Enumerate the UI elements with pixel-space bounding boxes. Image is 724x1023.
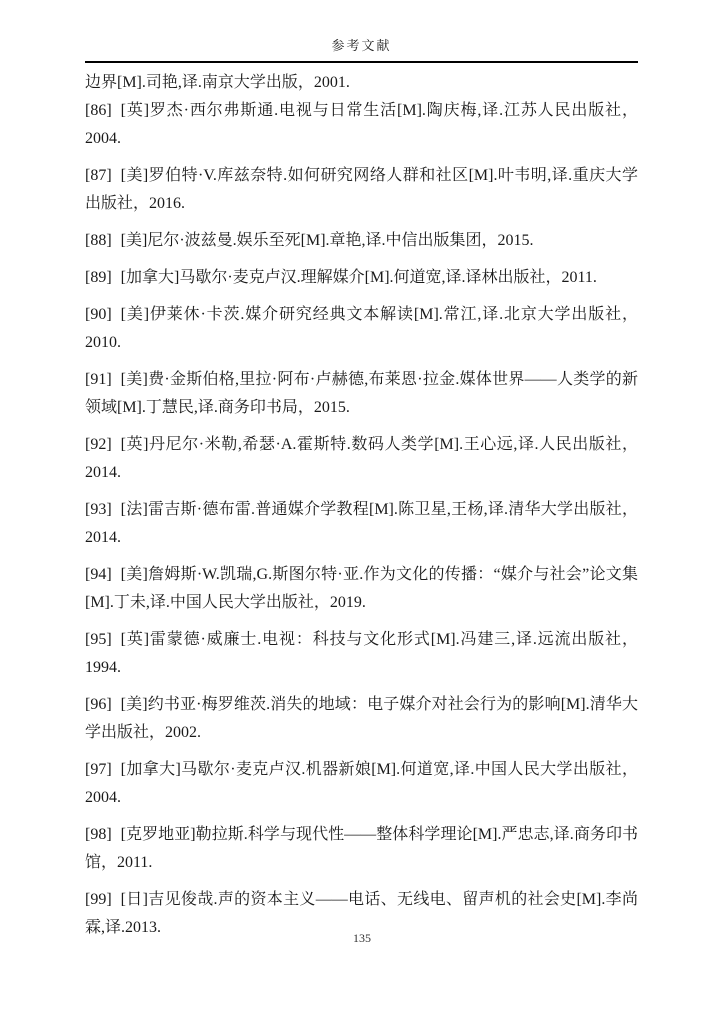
reference-number: [90] [85, 306, 112, 323]
reference-text: [加拿大]马歇尔·麦克卢汉.理解媒介[M].何道宽,译.译林出版社，2011. [121, 269, 597, 286]
page-header-title: 参考文献 [85, 38, 638, 54]
reference-number: [86] [85, 102, 112, 119]
reference-text: [美]约书亚·梅罗维茨.消失的地域：电子媒介对社会行为的影响[M].清华大学出版… [85, 696, 638, 741]
reference-text: [英]丹尼尔·米勒,希瑟·A.霍斯特.数码人类学[M].王心远,译.人民出版社，… [85, 436, 638, 481]
reference-text: [美]费·金斯伯格,里拉·阿布·卢赫德,布莱恩·拉金.媒体世界——人类学的新领域… [85, 371, 638, 416]
reference-entry: [87][美]罗伯特·V.库兹奈特.如何研究网络人群和社区[M].叶韦明,译.重… [85, 162, 638, 218]
reference-entry: [94][美]詹姆斯·W.凯瑞,G.斯图尔特·亚.作为文化的传播：“媒介与社会”… [85, 561, 638, 617]
reference-number: [89] [85, 269, 112, 286]
header-rule [85, 61, 638, 63]
reference-entry: [92][英]丹尼尔·米勒,希瑟·A.霍斯特.数码人类学[M].王心远,译.人民… [85, 431, 638, 487]
reference-entry: [89][加拿大]马歇尔·麦克卢汉.理解媒介[M].何道宽,译.译林出版社，20… [85, 264, 638, 292]
reference-entry: [95][英]雷蒙德·威廉士.电视：科技与文化形式[M].冯建三,译.远流出版社… [85, 626, 638, 682]
reference-number: [98] [85, 826, 112, 843]
reference-number: [95] [85, 631, 112, 648]
reference-number: [91] [85, 371, 112, 388]
reference-text: [美]尼尔·波兹曼.娱乐至死[M].章艳,译.中信出版集团，2015. [121, 232, 534, 249]
reference-text: [美]詹姆斯·W.凯瑞,G.斯图尔特·亚.作为文化的传播：“媒介与社会”论文集[… [85, 566, 638, 611]
reference-number: [99] [85, 891, 112, 908]
reference-number: [94] [85, 566, 112, 583]
reference-text: [美]伊莱休·卡茨.媒介研究经典文本解读[M].常江,译.北京大学出版社，201… [85, 306, 638, 351]
reference-text: [美]罗伯特·V.库兹奈特.如何研究网络人群和社区[M].叶韦明,译.重庆大学出… [85, 167, 638, 212]
reference-entry: [88][美]尼尔·波兹曼.娱乐至死[M].章艳,译.中信出版集团，2015. [85, 227, 638, 255]
reference-entry: [86][英]罗杰·西尔弗斯通.电视与日常生活[M].陶庆梅,译.江苏人民出版社… [85, 97, 638, 153]
page-header: 参考文献 [85, 38, 638, 63]
reference-number: [92] [85, 436, 112, 453]
reference-number: [97] [85, 761, 112, 778]
reference-entry: [93][法]雷吉斯·德布雷.普通媒介学教程[M].陈卫星,王杨,译.清华大学出… [85, 496, 638, 552]
reference-text: [日]吉见俊哉.声的资本主义——电话、无线电、留声机的社会史[M].李尚霖,译.… [85, 891, 638, 936]
reference-entry: [90][美]伊莱休·卡茨.媒介研究经典文本解读[M].常江,译.北京大学出版社… [85, 301, 638, 357]
reference-text: [英]雷蒙德·威廉士.电视：科技与文化形式[M].冯建三,译.远流出版社，199… [85, 631, 638, 676]
reference-text: [加拿大]马歇尔·麦克卢汉.机器新娘[M].何道宽,译.中国人民大学出版社，20… [85, 761, 638, 806]
reference-number: [93] [85, 501, 112, 518]
reference-entry: [96][美]约书亚·梅罗维茨.消失的地域：电子媒介对社会行为的影响[M].清华… [85, 691, 638, 747]
reference-entry: [97][加拿大]马歇尔·麦克卢汉.机器新娘[M].何道宽,译.中国人民大学出版… [85, 756, 638, 812]
reference-number: [96] [85, 696, 112, 713]
page-number: 135 [0, 931, 724, 946]
reference-entry: [91][美]费·金斯伯格,里拉·阿布·卢赫德,布莱恩·拉金.媒体世界——人类学… [85, 366, 638, 422]
references-list: 边界[M].司艳,译.南京大学出版，2001. [86][英]罗杰·西尔弗斯通.… [85, 69, 638, 942]
reference-text: [英]罗杰·西尔弗斯通.电视与日常生活[M].陶庆梅,译.江苏人民出版社，200… [85, 102, 638, 147]
reference-carryover-line: 边界[M].司艳,译.南京大学出版，2001. [85, 69, 638, 97]
reference-number: [87] [85, 167, 112, 184]
reference-text: [克罗地亚]勒拉斯.科学与现代性——整体科学理论[M].严忠志,译.商务印书馆，… [85, 826, 638, 871]
reference-number: [88] [85, 232, 112, 249]
document-page: 参考文献 边界[M].司艳,译.南京大学出版，2001. [86][英]罗杰·西… [0, 0, 724, 1023]
reference-entry: [98][克罗地亚]勒拉斯.科学与现代性——整体科学理论[M].严忠志,译.商务… [85, 821, 638, 877]
reference-text: [法]雷吉斯·德布雷.普通媒介学教程[M].陈卫星,王杨,译.清华大学出版社，2… [85, 501, 638, 546]
